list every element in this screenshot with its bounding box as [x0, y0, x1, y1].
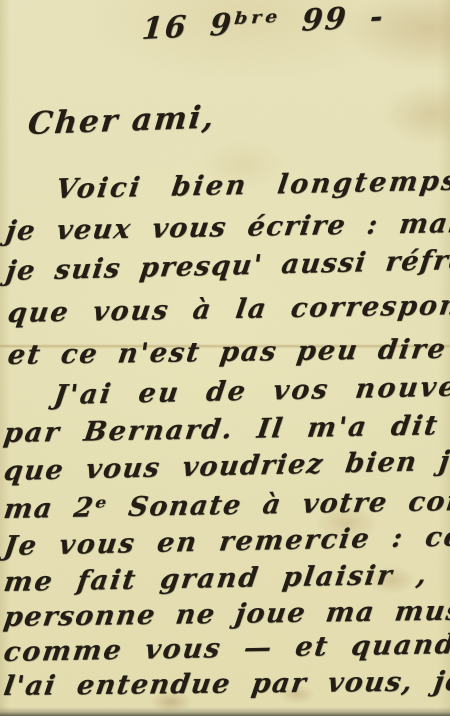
- letter-line: je suis presqu' aussi réfractaire: [4, 242, 450, 287]
- letter-line: J'ai eu de vos nouvelles: [52, 370, 450, 411]
- salutation: Cher ami,: [26, 99, 217, 142]
- letter-page: 16 9ᵇʳᵉ 99 - Cher ami, Voici bien longte…: [0, 0, 450, 716]
- letter-line: je veux vous écrire : mais: [4, 208, 450, 247]
- letter-line: par Bernard. Il m'a dit: [2, 410, 441, 449]
- letter-line: ma 2ᵉ Sonate à votre concert: [2, 485, 450, 525]
- letter-line: que vous voudriez bien jouer: [2, 444, 450, 487]
- letter-line: et ce n'est pas peu dire -: [6, 333, 450, 371]
- letter-line: personne ne joue ma musique: [2, 595, 450, 633]
- letter-line: que vous à la correspondance: [6, 288, 450, 329]
- letter-line: Voici bien longtemps que: [54, 164, 450, 205]
- letter-line: me fait grand plaisir , car: [2, 558, 450, 598]
- page-bottom-shadow: [0, 707, 450, 716]
- letter-line: l'ai entendue par vous, je: [2, 666, 450, 702]
- letter-line: comme vous — et quand je: [2, 628, 450, 668]
- letter-line: Je vous en remercie : cela: [2, 521, 450, 562]
- letter-date: 16 9ᵇʳᵉ 99 -: [140, 0, 386, 47]
